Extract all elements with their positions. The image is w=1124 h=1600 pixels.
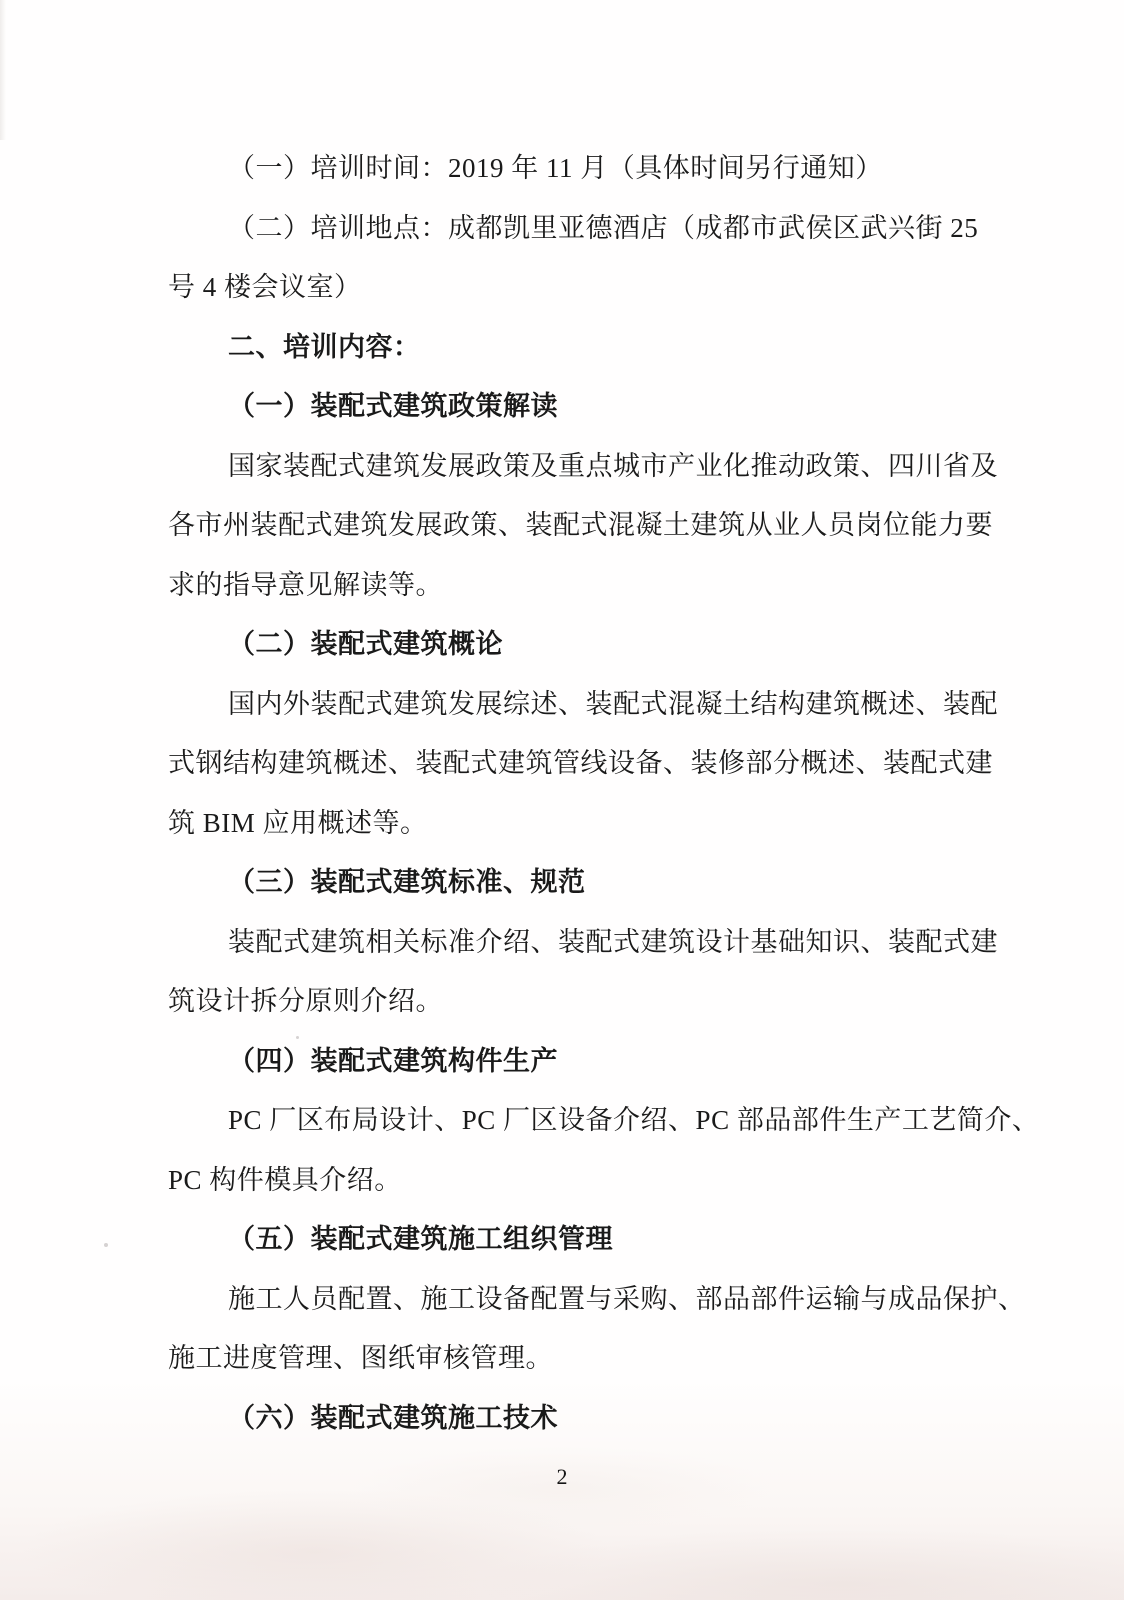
doc-line-production-1: PC 厂区布局设计、PC 厂区设备介绍、PC 部品部件生产工艺简介、: [168, 1091, 980, 1151]
subheading-component-production: （四）装配式建筑构件生产: [168, 1032, 980, 1092]
subheading-standards: （三）装配式建筑标准、规范: [168, 853, 980, 913]
scan-speckle: [296, 1036, 299, 1039]
page-number: 2: [0, 1462, 1124, 1492]
doc-line-policy-2: 各市州装配式建筑发展政策、装配式混凝土建筑从业人员岗位能力要: [168, 496, 980, 556]
doc-line-location-cont: 号 4 楼会议室）: [168, 258, 980, 318]
doc-line-standards-2: 筑设计拆分原则介绍。: [168, 972, 980, 1032]
doc-line-overview-3: 筑 BIM 应用概述等。: [168, 794, 980, 854]
subheading-construction-management: （五）装配式建筑施工组织管理: [168, 1210, 980, 1270]
doc-line-overview-1: 国内外装配式建筑发展综述、装配式混凝土结构建筑概述、装配: [168, 675, 980, 735]
scanned-document-page: （一）培训时间：2019 年 11 月（具体时间另行通知） （二）培训地点：成都…: [0, 0, 1124, 1600]
section-heading-training-content: 二、培训内容：: [168, 318, 980, 378]
doc-line-standards-1: 装配式建筑相关标准介绍、装配式建筑设计基础知识、装配式建: [168, 913, 980, 973]
subheading-overview: （二）装配式建筑概论: [168, 615, 980, 675]
subheading-construction-technology: （六）装配式建筑施工技术: [168, 1389, 980, 1449]
doc-line-production-2: PC 构件模具介绍。: [168, 1151, 980, 1211]
doc-line-management-2: 施工进度管理、图纸审核管理。: [168, 1329, 980, 1389]
scan-speckle: [104, 1243, 108, 1247]
doc-line-policy-3: 求的指导意见解读等。: [168, 556, 980, 616]
doc-line-training-time: （一）培训时间：2019 年 11 月（具体时间另行通知）: [168, 139, 980, 199]
doc-line-policy-1: 国家装配式建筑发展政策及重点城市产业化推动政策、四川省及: [168, 437, 980, 497]
scan-edge-shadow: [0, 0, 6, 140]
doc-line-training-location: （二）培训地点：成都凯里亚德酒店（成都市武侯区武兴街 25: [168, 199, 980, 259]
document-body: （一）培训时间：2019 年 11 月（具体时间另行通知） （二）培训地点：成都…: [168, 139, 980, 1448]
doc-line-overview-2: 式钢结构建筑概述、装配式建筑管线设备、装修部分概述、装配式建: [168, 734, 980, 794]
doc-line-management-1: 施工人员配置、施工设备配置与采购、部品部件运输与成品保护、: [168, 1270, 980, 1330]
subheading-policy: （一）装配式建筑政策解读: [168, 377, 980, 437]
